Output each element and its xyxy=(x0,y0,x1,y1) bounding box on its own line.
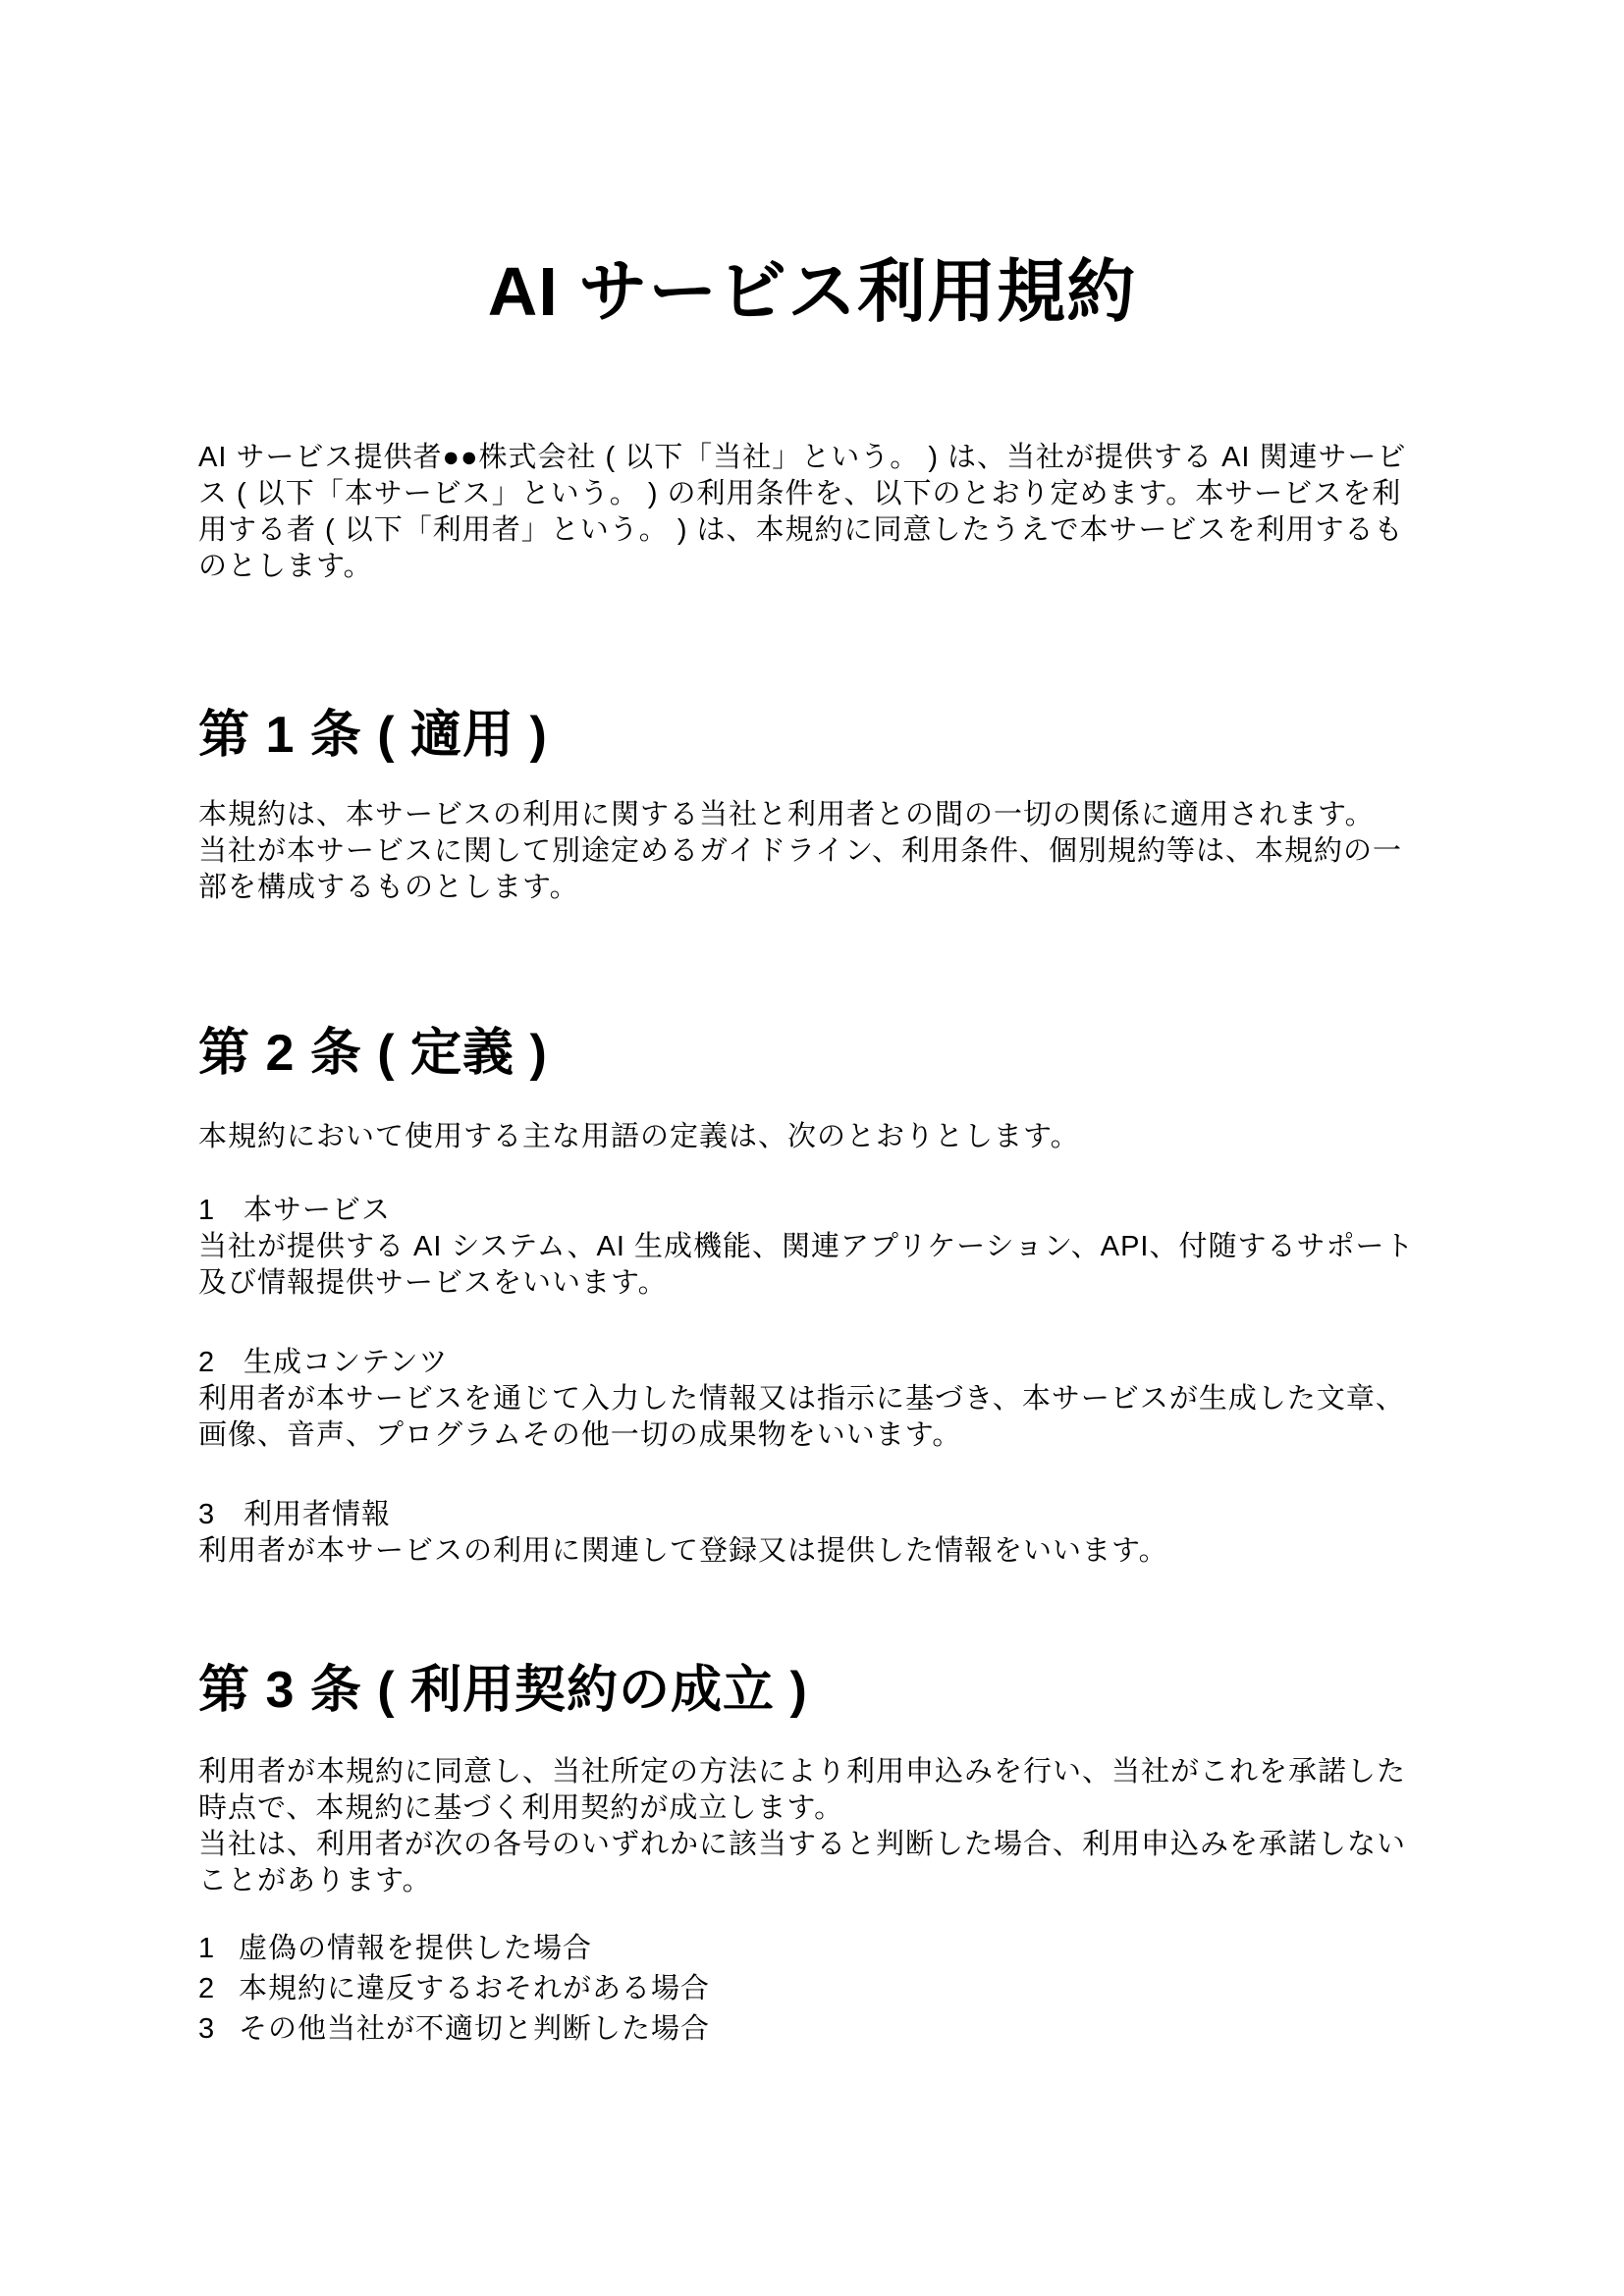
body-line: 当社は、利用者が次の各号のいずれかに該当すると判断した場合、利用申込みを承諾しな… xyxy=(198,1827,1426,1899)
article-2-section: 第 2 条 ( 定義 ) 本規約において使用する主な用語の定義は、次のとおりとし… xyxy=(198,1023,1426,1570)
definition-number: 2 xyxy=(198,1345,244,1381)
definition-item: 1 本サービス 当社が提供する AI システム、AI 生成機能、関連アプリケーシ… xyxy=(198,1193,1426,1302)
article-3-section: 第 3 条 ( 利用契約の成立 ) 利用者が本規約に同意し、当社所定の方法により… xyxy=(198,1660,1426,2048)
list-item-number: 1 xyxy=(198,1931,239,1967)
article-3-body: 利用者が本規約に同意し、当社所定の方法により利用申込みを行い、当社がこれを承諾し… xyxy=(198,1754,1426,1899)
definition-term: 生成コンテンツ xyxy=(244,1345,449,1381)
list-item: 2 本規約に違反するおそれがある場合 xyxy=(198,1971,1426,2007)
list-item-text: その他当社が不適切と判断した場合 xyxy=(239,2011,710,2048)
definition-description: 利用者が本サービスを通じて入力した情報又は指示に基づき、本サービスが生成した文章… xyxy=(198,1381,1426,1454)
definition-item: 3 利用者情報 利用者が本サービスの利用に関連して登録又は提供した情報をいいます… xyxy=(198,1497,1426,1570)
intro-paragraph: AI サービス提供者●●株式会社 ( 以下「当社」という。 ) は、当社が提供す… xyxy=(198,440,1426,585)
article-1-body: 本規約は、本サービスの利用に関する当社と利用者との間の一切の関係に適用されます。… xyxy=(198,797,1426,906)
article-2-lead: 本規約において使用する主な用語の定義は、次のとおりとします。 xyxy=(198,1119,1426,1155)
body-line: 利用者が本規約に同意し、当社所定の方法により利用申込みを行い、当社がこれを承諾し… xyxy=(198,1754,1426,1827)
definition-description: 当社が提供する AI システム、AI 生成機能、関連アプリケーション、API、付… xyxy=(198,1229,1426,1302)
definition-head: 3 利用者情報 xyxy=(198,1497,1426,1533)
list-item: 1 虚偽の情報を提供した場合 xyxy=(198,1931,1426,1967)
article-1-heading: 第 1 条 ( 適用 ) xyxy=(198,705,1426,766)
definition-description: 利用者が本サービスの利用に関連して登録又は提供した情報をいいます。 xyxy=(198,1533,1426,1570)
definition-head: 1 本サービス xyxy=(198,1193,1426,1229)
definition-number: 3 xyxy=(198,1497,244,1533)
definition-item: 2 生成コンテンツ 利用者が本サービスを通じて入力した情報又は指示に基づき、本サ… xyxy=(198,1345,1426,1454)
article-2-heading: 第 2 条 ( 定義 ) xyxy=(198,1023,1426,1084)
document-title: AI サービス利用規約 xyxy=(198,249,1426,334)
list-item-number: 2 xyxy=(198,1971,239,2007)
definition-term: 本サービス xyxy=(244,1193,391,1229)
document-page: AI サービス利用規約 AI サービス提供者●●株式会社 ( 以下「当社」という… xyxy=(0,0,1624,2296)
condition-list: 1 虚偽の情報を提供した場合 2 本規約に違反するおそれがある場合 3 その他当… xyxy=(198,1931,1426,2048)
list-item-text: 虚偽の情報を提供した場合 xyxy=(239,1931,592,1967)
article-1-section: 第 1 条 ( 適用 ) 本規約は、本サービスの利用に関する当社と利用者との間の… xyxy=(198,705,1426,906)
body-line: 当社が本サービスに関して別途定めるガイドライン、利用条件、個別規約等は、本規約の… xyxy=(198,833,1426,906)
definition-number: 1 xyxy=(198,1193,244,1229)
list-item-number: 3 xyxy=(198,2011,239,2048)
body-line: 本規約は、本サービスの利用に関する当社と利用者との間の一切の関係に適用されます。 xyxy=(198,797,1426,833)
definition-head: 2 生成コンテンツ xyxy=(198,1345,1426,1381)
list-item-text: 本規約に違反するおそれがある場合 xyxy=(239,1971,710,2007)
definition-term: 利用者情報 xyxy=(244,1497,391,1533)
article-3-heading: 第 3 条 ( 利用契約の成立 ) xyxy=(198,1660,1426,1721)
list-item: 3 その他当社が不適切と判断した場合 xyxy=(198,2011,1426,2048)
